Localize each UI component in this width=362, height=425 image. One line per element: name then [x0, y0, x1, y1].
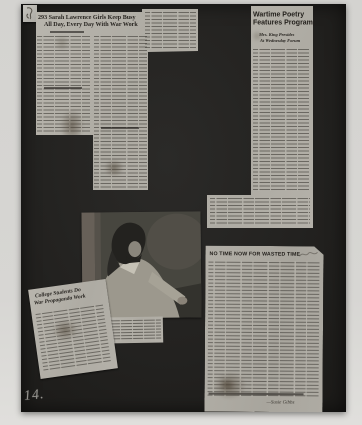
article-text-column — [253, 48, 309, 191]
article-text-column — [94, 35, 147, 189]
clipping-war-work-article: 293 Sarah Lawrence Girls Keep Busy All D… — [36, 9, 198, 191]
poetry-headline-line1: Wartime Poetry — [253, 10, 362, 18]
article-text-column — [35, 304, 111, 373]
corner-ornament-icon — [23, 5, 37, 22]
album-page: 293 Sarah Lawrence Girls Keep Busy All D… — [21, 4, 346, 412]
article-text-column — [210, 197, 310, 225]
byline-rule — [50, 31, 84, 33]
article-text-column — [145, 11, 196, 49]
photo-corner-mount — [23, 5, 37, 22]
page-number: 14. — [23, 387, 45, 405]
article-text-column — [37, 35, 90, 134]
poetry-deck-line2: At Wednesday Forum — [260, 38, 360, 43]
poetry-headline-line2: Features Program — [253, 18, 362, 26]
editorial-body-text — [208, 261, 320, 398]
clipping-wasted-time-editorial: NO TIME NOW FOR WASTED TIME —Susie Gibbs — [204, 246, 323, 413]
handwritten-annotation — [297, 249, 319, 259]
scanned-scrapbook-page: 293 Sarah Lawrence Girls Keep Busy All D… — [0, 0, 362, 425]
editorial-attribution: —Susie Gibbs — [266, 399, 321, 405]
subhead-rule — [44, 87, 82, 89]
clipping-propaganda: College Students Do War Propaganda Work — [28, 279, 118, 379]
clipping-poetry-article: Wartime Poetry Features Program Mrs. Kin… — [207, 6, 313, 228]
subhead-rule — [101, 127, 139, 129]
poetry-deck-line1: Mrs. King Presides — [259, 32, 359, 37]
